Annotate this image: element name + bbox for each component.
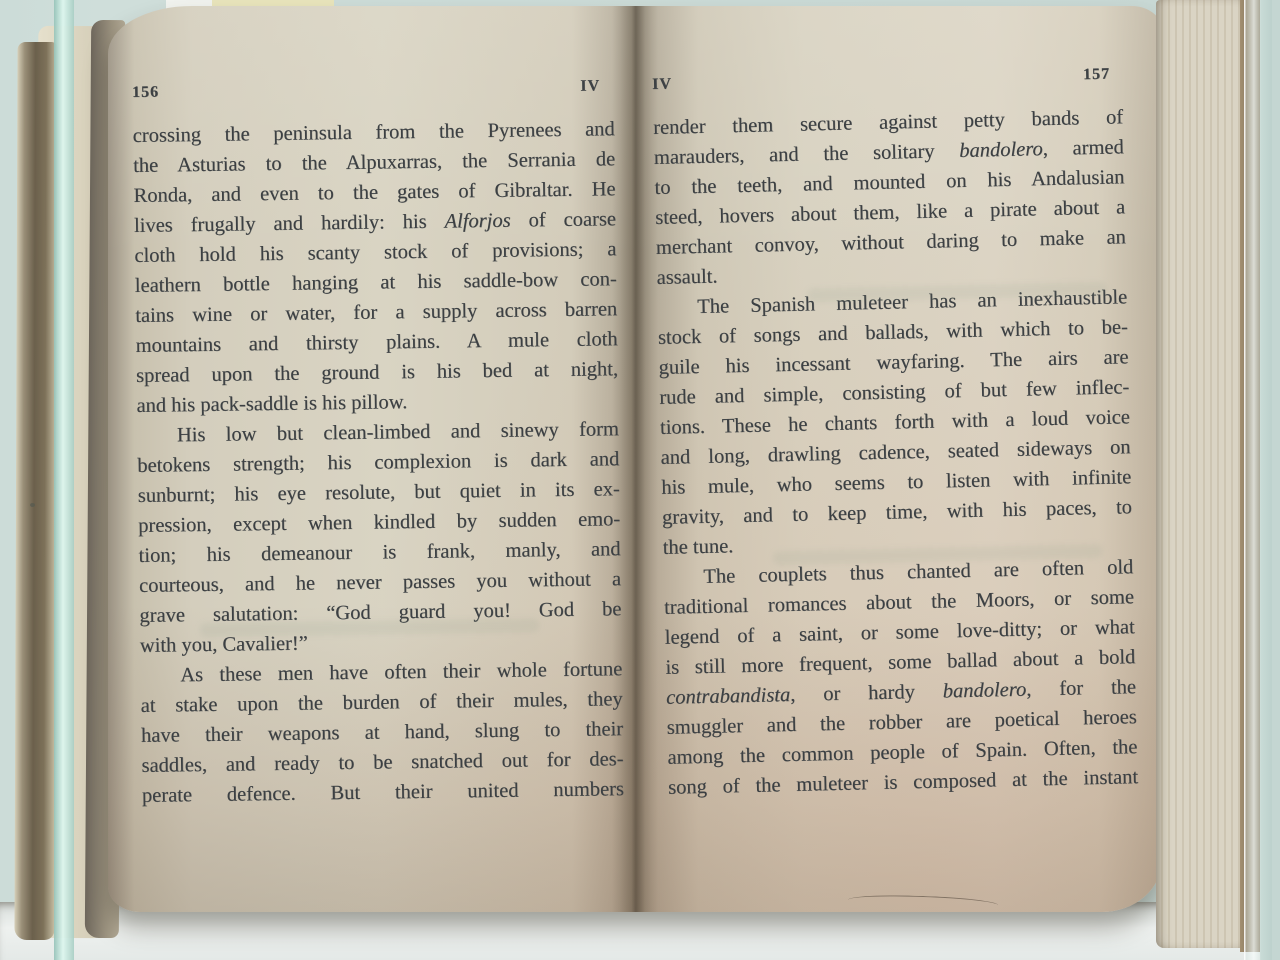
book-photo: 156 IV crossing the peninsula from the P…	[0, 0, 1280, 960]
italic-word: Alforjos	[444, 210, 510, 233]
page-number-left: 156	[132, 84, 159, 102]
running-head-left: IV	[580, 77, 614, 95]
running-head-right: IV	[652, 76, 672, 94]
glass-strip-left	[54, 0, 74, 960]
italic-word: bandolero	[959, 138, 1043, 162]
book-cover-edge-left	[14, 42, 57, 940]
italic-word: contrabandista	[666, 684, 791, 709]
page-left-body: crossing the peninsula from the Pyrenees…	[133, 114, 625, 811]
page-number-right: 157	[1083, 65, 1122, 84]
page-right-text: IV 157 render them secure against petty …	[652, 65, 1138, 802]
page-right-body: render them secure against petty bands o…	[653, 102, 1139, 802]
page-left-text: 156 IV crossing the peninsula from the P…	[132, 77, 624, 811]
glass-rod	[1244, 0, 1272, 960]
dust-speck	[30, 503, 35, 507]
italic-word: bandolero	[942, 679, 1026, 703]
